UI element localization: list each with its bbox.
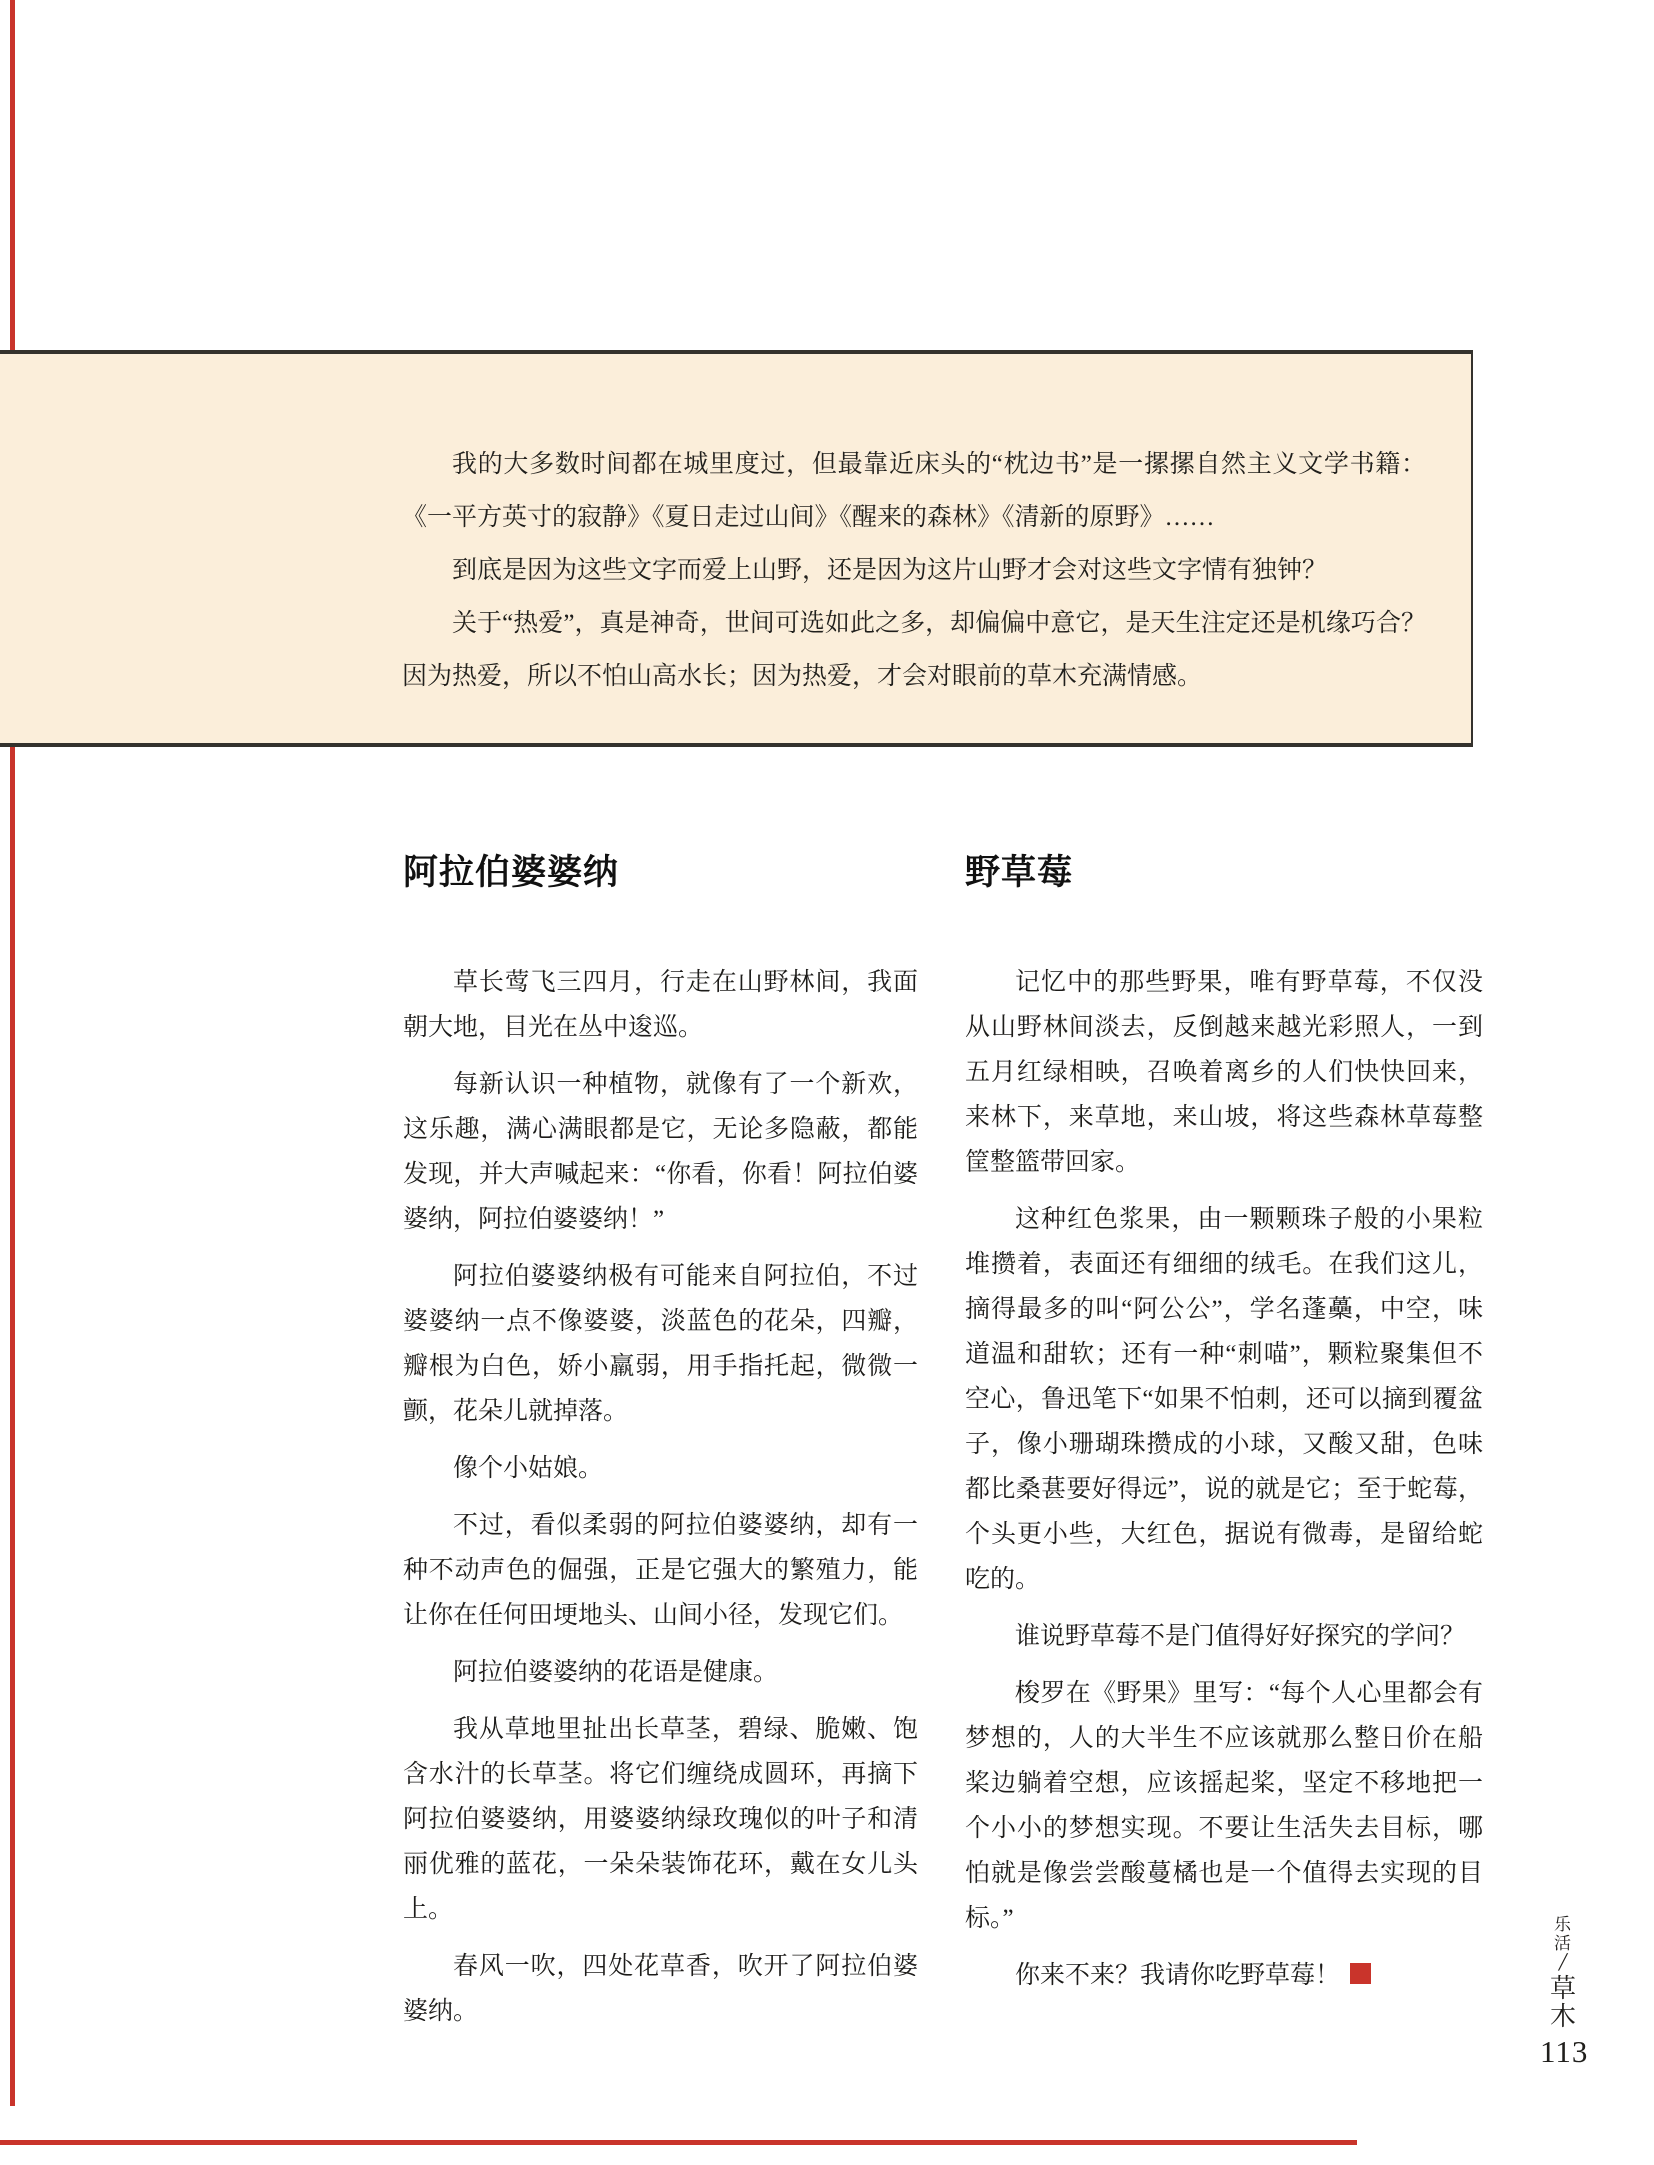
article-body: 草长莺飞三四月，行走在山野林间，我面朝大地，目光在丛中逡巡。 每新认识一种植物，…	[403, 960, 918, 2034]
intro-box: 我的大多数时间都在城里度过，但最靠近床头的“枕边书”是一摞摞自然主义文学书籍：《…	[0, 350, 1473, 747]
paragraph: 阿拉伯婆婆纳极有可能来自阿拉伯，不过婆婆纳一点不像婆婆，淡蓝色的花朵，四瓣，瓣根…	[403, 1254, 918, 1434]
intro-paragraph: 我的大多数时间都在城里度过，但最靠近床头的“枕边书”是一摞摞自然主义文学书籍：《…	[402, 438, 1426, 544]
left-article: 阿拉伯婆婆纳 草长莺飞三四月，行走在山野林间，我面朝大地，目光在丛中逡巡。 每新…	[403, 852, 918, 2046]
closing-line: 你来不来？我请你吃野草莓！	[1015, 1962, 1340, 1989]
paragraph: 我从草地里扯出长草茎，碧绿、脆嫩、饱含水汁的长草茎。将它们缠绕成圆环，再摘下阿拉…	[403, 1707, 918, 1932]
red-square-end-mark-icon	[1350, 1963, 1371, 1984]
paragraph: 春风一吹，四处花草香，吹开了阿拉伯婆婆纳。	[403, 1944, 918, 2034]
paragraph: 记忆中的那些野果，唯有野草莓，不仅没从山野林间淡去，反倒越来越光彩照人，一到五月…	[965, 960, 1483, 1185]
closing-paragraph: 你来不来？我请你吃野草莓！	[965, 1953, 1483, 1998]
sidebar-section-label: 乐活 ╱ 草木	[1540, 1915, 1586, 2031]
paragraph: 草长莺飞三四月，行走在山野林间，我面朝大地，目光在丛中逡巡。	[403, 960, 918, 1050]
paragraph: 每新认识一种植物，就像有了一个新欢，这乐趣，满心满眼都是它，无论多隐蔽，都能发现…	[403, 1062, 918, 1242]
article-body: 记忆中的那些野果，唯有野草莓，不仅没从山野林间淡去，反倒越来越光彩照人，一到五月…	[965, 960, 1483, 1998]
red-left-rule	[10, 0, 15, 2106]
sidebar-slash-icon: ╱	[1558, 1955, 1567, 1971]
intro-paragraph: 关于“热爱”，真是神奇，世间可选如此之多，却偏偏中意它，是天生注定还是机缘巧合？…	[402, 597, 1426, 703]
sidebar-small-label: 乐活	[1554, 1915, 1572, 1953]
paragraph: 这种红色浆果，由一颗颗珠子般的小果粒堆攒着，表面还有细细的绒毛。在我们这儿，摘得…	[965, 1197, 1483, 1602]
paragraph: 不过，看似柔弱的阿拉伯婆婆纳，却有一种不动声色的倔强，正是它强大的繁殖力，能让你…	[403, 1503, 918, 1638]
page-number: 113	[1540, 2034, 1586, 2070]
article-title-wild-strawberry: 野草莓	[965, 852, 1483, 894]
red-bottom-rule	[0, 2140, 1357, 2145]
paragraph: 谁说野草莓不是门值得好好探究的学问？	[965, 1614, 1483, 1659]
paragraph: 像个小姑娘。	[403, 1446, 918, 1491]
intro-paragraph: 到底是因为这些文字而爱上山野，还是因为这片山野才会对这些文字情有独钟？	[402, 544, 1426, 597]
paragraph: 阿拉伯婆婆纳的花语是健康。	[403, 1650, 918, 1695]
sidebar-large-label: 草木	[1550, 1975, 1576, 2031]
paragraph: 梭罗在《野果》里写：“每个人心里都会有梦想的，人的大半生不应该就那么整日价在船桨…	[965, 1671, 1483, 1941]
article-title-veronica: 阿拉伯婆婆纳	[403, 852, 918, 894]
right-article: 野草莓 记忆中的那些野果，唯有野草莓，不仅没从山野林间淡去，反倒越来越光彩照人，…	[965, 852, 1483, 2010]
page-root: { "colors": { "accent_red": "#c9342b", "…	[0, 0, 1654, 2165]
